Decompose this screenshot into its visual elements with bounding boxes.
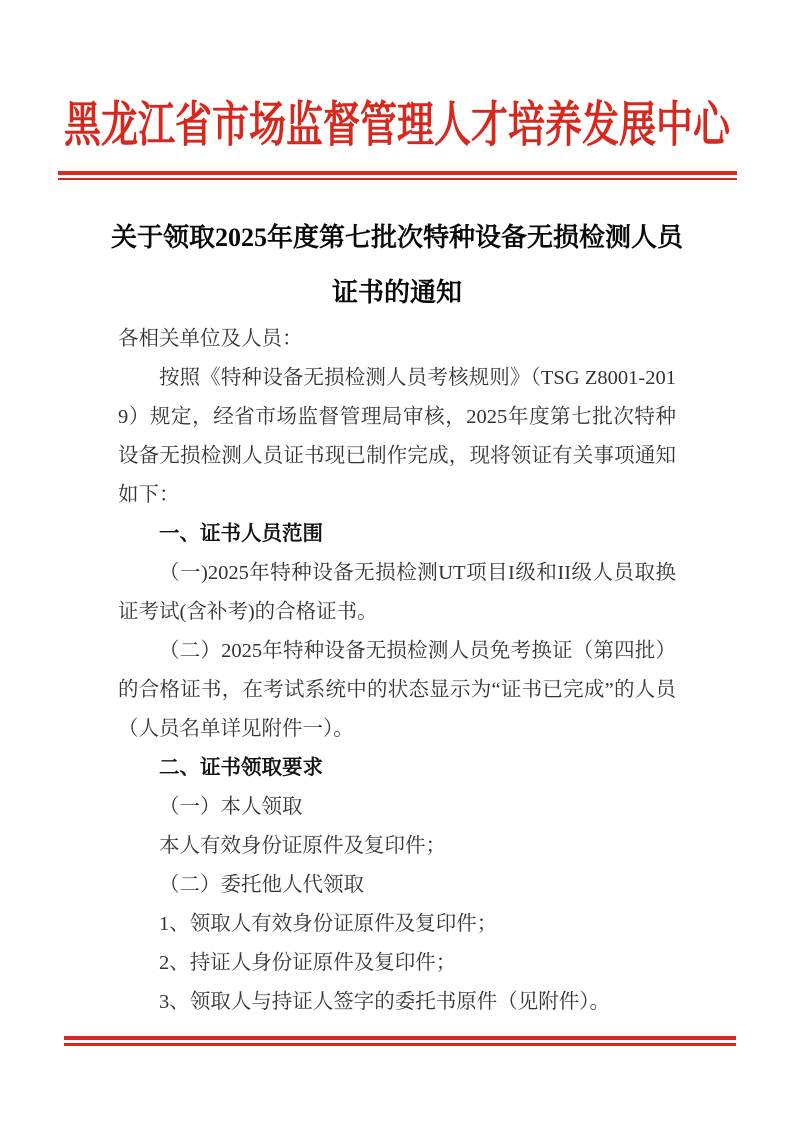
body-paragraph: （一）本人领取 — [118, 788, 676, 827]
body-paragraph: 按照《特种设备无损检测人员考核规则》（TSG Z8001-2019）规定，经省市… — [118, 359, 676, 515]
notice-title-line2: 证书的通知 — [0, 265, 794, 320]
body-paragraph: 本人有效身份证原件及复印件； — [118, 827, 676, 866]
body-paragraph: 各相关单位及人员： — [118, 320, 676, 359]
body-paragraph: 1、领取人有效身份证原件及复印件； — [118, 905, 676, 944]
body-paragraph: 3、领取人与持证人签字的委托书原件（见附件）。 — [118, 983, 676, 1022]
notice-title-line1: 关于领取2025年度第七批次特种设备无损检测人员 — [0, 210, 794, 265]
footer-divider — [64, 1036, 736, 1046]
letterhead-org-name: 黑龙江省市场监督管理人才培养发展中心 — [0, 102, 794, 150]
document-page: 黑龙江省市场监督管理人才培养发展中心 关于领取2025年度第七批次特种设备无损检… — [0, 0, 794, 1123]
letterhead-divider-thin-line — [58, 178, 737, 180]
letterhead-divider-thick-line — [58, 171, 737, 175]
section-heading: 一、证书人员范围 — [118, 515, 676, 554]
body-paragraph: （二）委托他人代领取 — [118, 866, 676, 905]
notice-title: 关于领取2025年度第七批次特种设备无损检测人员 证书的通知 — [0, 210, 794, 320]
footer-divider-thin-line — [64, 1043, 736, 1046]
body-paragraph: （二）2025年特种设备无损检测人员免考换证（第四批）的合格证书，在考试系统中的… — [118, 632, 676, 749]
letterhead-divider — [58, 171, 737, 180]
notice-body: 各相关单位及人员：按照《特种设备无损检测人员考核规则》（TSG Z8001-20… — [118, 320, 676, 1022]
footer-divider-thick-line — [64, 1036, 736, 1040]
section-heading: 二、证书领取要求 — [118, 749, 676, 788]
body-paragraph: 2、持证人身份证原件及复印件； — [118, 944, 676, 983]
body-paragraph: （一)2025年特种设备无损检测UT项目I级和II级人员取换证考试(含补考)的合… — [118, 554, 676, 632]
